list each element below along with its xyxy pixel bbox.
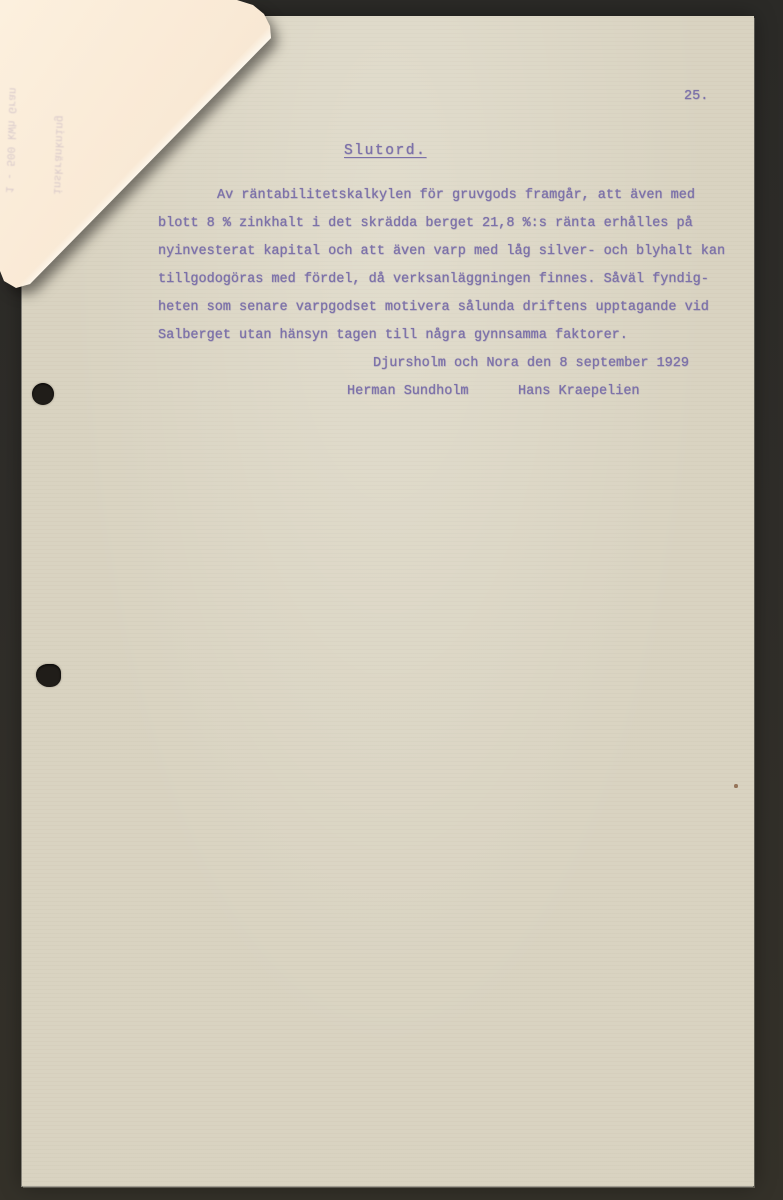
body-line: Salberget utan hänsyn tagen till några g… — [158, 327, 628, 344]
signature-herman-sundholm: Herman Sundholm — [347, 383, 469, 400]
ghost-line: inskränkning — [48, 89, 68, 195]
signature-hans-kraepelien: Hans Kraepelien — [518, 383, 640, 400]
overlapping-page-corner: inskränkning 1 - 500 kWh Gran 350 meter … — [0, 0, 295, 305]
page-number: 25. — [684, 88, 708, 105]
bleed-through-text: 350 meter jordkab ter, nedlagd 1 - 500 k… — [0, 153, 8, 268]
punch-hole-bottom — [36, 664, 61, 687]
paper-speck — [734, 784, 738, 788]
bleed-through-text: inskränkning 1 - 500 kWh Gran — [0, 86, 100, 196]
overlapping-page-surface: inskränkning 1 - 500 kWh Gran 350 meter … — [0, 0, 295, 305]
dateline: Djursholm och Nora den 8 september 1929 — [373, 355, 689, 372]
section-heading: Slutord. — [344, 143, 426, 160]
scan-background: { "page": { "page_number": "25.", "headi… — [0, 0, 783, 1200]
punch-hole-top — [32, 383, 54, 405]
